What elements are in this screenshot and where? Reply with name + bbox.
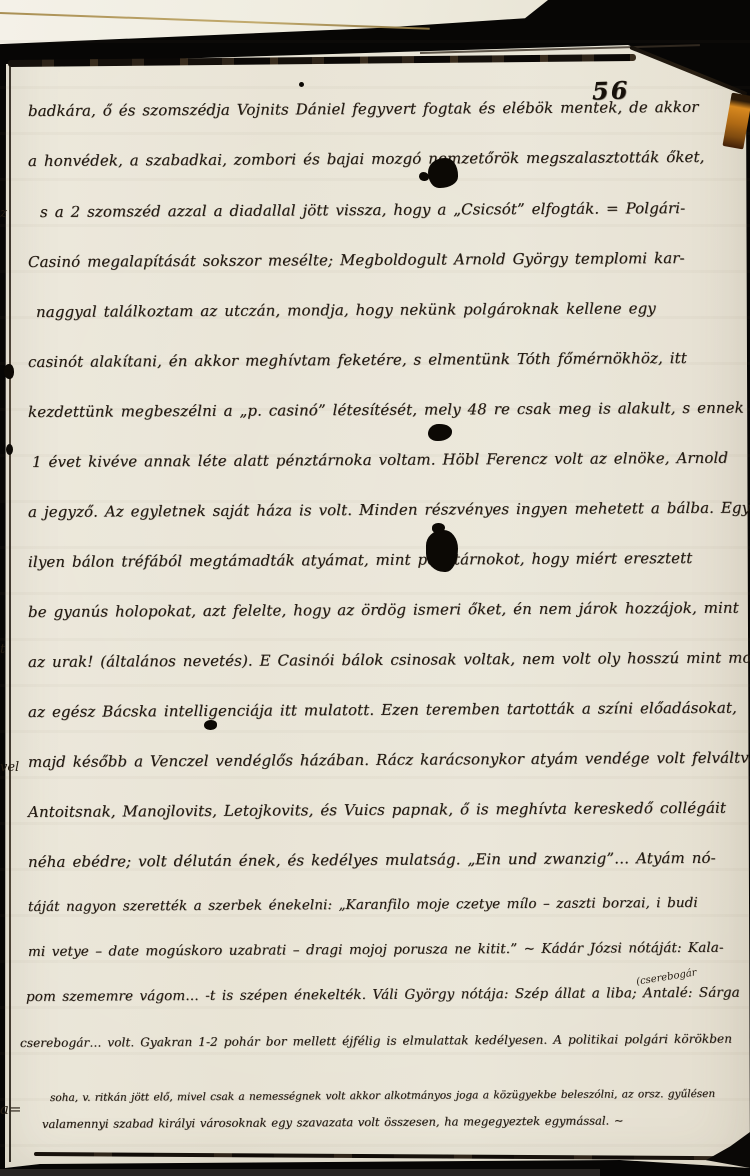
left-margin-rule [9,66,11,1162]
bottom-pages-band [0,1169,600,1176]
ink-blot [428,158,458,188]
margin-fragment: t [0,642,5,657]
ink-blot [204,720,217,730]
ink-blot [4,364,14,379]
margin-fragment: vel [0,760,19,775]
ink-blot [6,444,13,455]
margin-fragment: z [0,206,7,221]
ink-blot [426,530,458,572]
scanned-manuscript-photo: { "document": { "page_number": "56", "li… [0,0,750,1176]
handwritten-line: naggyal találkoztam az utczán, mondja, h… [36,299,656,321]
ink-dot [299,82,304,87]
margin-fragment: a= [0,1100,22,1118]
